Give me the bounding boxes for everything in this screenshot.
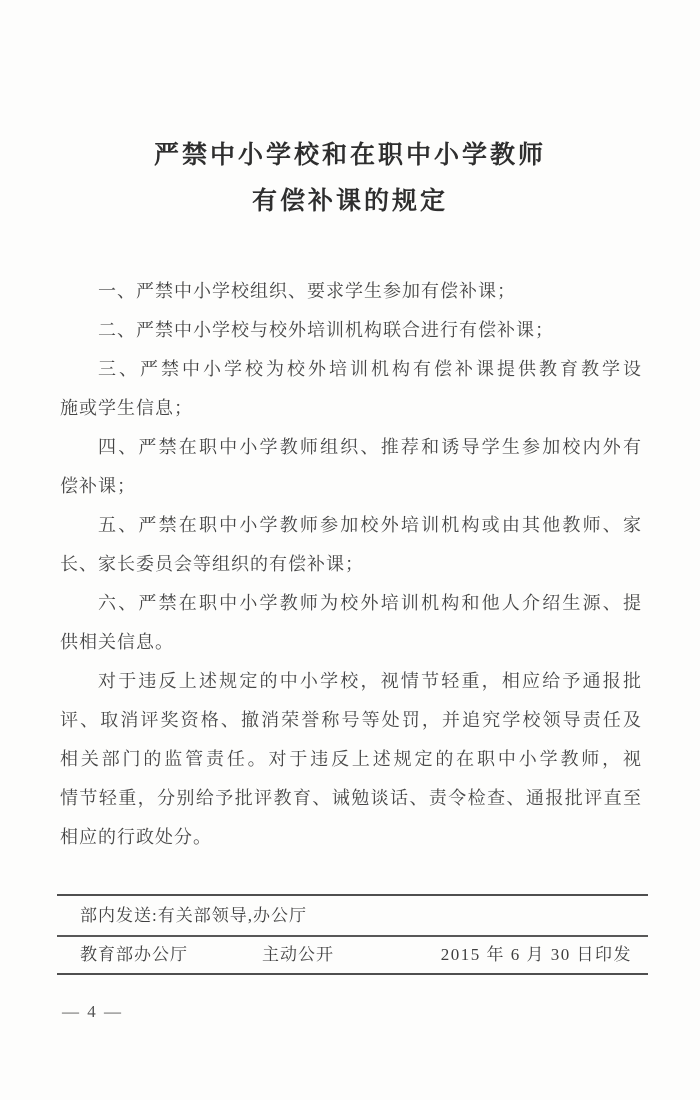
footer-table: 部内发送:有关部领导,办公厅 教育部办公厅 主动公开 2015 年 6 月 30… [57,894,648,975]
disclosure-text: 主动公开 [262,937,334,973]
issuer-row: 教育部办公厅 主动公开 2015 年 6 月 30 日印发 [57,937,648,973]
body-line: 相应的行政处分。 [60,818,642,857]
title-line-1: 严禁中小学校和在职中小学教师 [0,133,700,179]
body-line: 六、严禁在职中小学教师为校外培训机构和他人介绍生源、提 [60,584,642,623]
title-line-2: 有偿补课的规定 [0,179,700,225]
document-title: 严禁中小学校和在职中小学教师 有偿补课的规定 [0,133,700,225]
body-line: 偿补课； [60,467,642,506]
body-line: 情节轻重，分别给予批评教育、诫勉谈话、责令检查、通报批评直至 [60,779,642,818]
page-number: — 4 — [62,1002,123,1022]
body-line: 长、家长委员会等组织的有偿补课； [60,545,642,584]
document-body: 一、严禁中小学校组织、要求学生参加有偿补课；二、严禁中小学校与校外培训机构联合进… [60,272,642,857]
body-line: 供相关信息。 [60,623,642,662]
body-line: 二、严禁中小学校与校外培训机构联合进行有偿补课； [60,311,642,350]
body-line: 五、严禁在职中小学教师参加校外培训机构或由其他教师、家 [60,506,642,545]
footer-rule-bottom [57,973,648,975]
body-line: 相关部门的监管责任。对于违反上述规定的在职中小学教师，视 [60,740,642,779]
body-line: 施或学生信息； [60,389,642,428]
body-line: 三、严禁中小学校为校外培训机构有偿补课提供教育教学设 [60,350,642,389]
body-line: 评、取消评奖资格、撤消荣誉称号等处罚，并追究学校领导责任及 [60,701,642,740]
body-line: 四、严禁在职中小学教师组织、推荐和诱导学生参加校内外有 [60,428,642,467]
document-page: 严禁中小学校和在职中小学教师 有偿补课的规定 一、严禁中小学校组织、要求学生参加… [0,0,700,1100]
distribution-row: 部内发送:有关部领导,办公厅 [57,896,648,935]
body-line: 一、严禁中小学校组织、要求学生参加有偿补课； [60,272,642,311]
print-date-text: 2015 年 6 月 30 日印发 [441,937,632,973]
distribution-text: 部内发送:有关部领导,办公厅 [80,896,307,935]
body-line: 对于违反上述规定的中小学校，视情节轻重，相应给予通报批 [60,662,642,701]
issuer-text: 教育部办公厅 [80,937,188,973]
